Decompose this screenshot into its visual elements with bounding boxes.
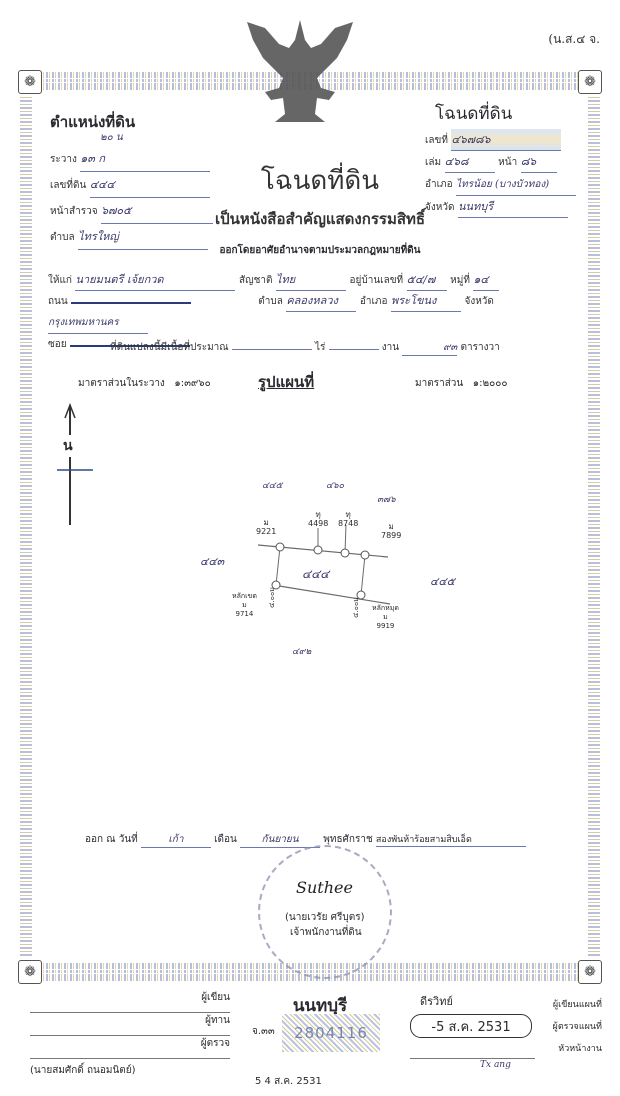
footer-left: ผู้เขียน ผู้ทาน ผู้ตรวจ (นายสมศักดิ์ ถนอ… xyxy=(30,990,230,1078)
amphoe-value: ไทรน้อย (บางบัวทอง) xyxy=(456,174,576,196)
length-label: ๔.๐๐ม xyxy=(267,587,278,608)
role-label: ผู้ตรวจ xyxy=(201,1038,230,1049)
issued-year: สองพันห้าร้อยสามสิบเอ็ด xyxy=(376,832,526,847)
marker-label: หลักเขตม9714 xyxy=(232,592,257,619)
serial-label: จ.๓๓ xyxy=(252,1024,275,1039)
issued-day: เก้า xyxy=(141,832,211,848)
parcel-label: ๓๗๖ xyxy=(377,492,396,506)
marker-number: 8748 xyxy=(338,519,358,528)
volume-value: ๔๖๘ xyxy=(445,151,495,173)
marker-number: 9919 xyxy=(372,622,399,631)
checker-line: ผู้ตรวจ xyxy=(30,1036,230,1059)
parcel-label: ๔๔๕ xyxy=(430,572,455,590)
role-label: ผู้ทาน xyxy=(205,1015,230,1026)
official-title: เจ้าพนักงานที่ดิน xyxy=(290,925,362,940)
marker-number: 7899 xyxy=(381,531,401,540)
role-label: ผู้ตรวจแผนที่ xyxy=(540,1016,602,1038)
date-stamp: -5 ส.ค. 2531 xyxy=(410,1014,532,1038)
page-value: ๘๖ xyxy=(521,151,557,173)
writer-line: ผู้เขียน xyxy=(30,990,230,1013)
field-label: พุทธศักราช xyxy=(323,834,372,845)
north-arrow-icon xyxy=(55,400,95,530)
corner-ornament-icon: ❁ xyxy=(578,960,602,984)
area-label: ที่ดินแปลงนี้มีเนื้อที่ประมาณ xyxy=(110,342,229,353)
role-label: หัวหน้างาน xyxy=(540,1038,602,1060)
role-label: ผู้เขียนแผนที่ xyxy=(540,994,602,1016)
right-signature-note: Tx ang xyxy=(480,1060,511,1070)
field-label: ตำบล xyxy=(258,296,283,307)
field-label: ซอย xyxy=(48,339,67,350)
field-label: ถนน xyxy=(48,296,68,307)
field-label: หน้า xyxy=(498,157,517,168)
field-label: สัญชาติ xyxy=(239,275,273,286)
deed-info-block: โฉนดที่ดิน เลขที่ ๔๖๗๘๖ เล่ม ๔๖๘ หน้า ๘๖… xyxy=(425,100,595,218)
garuda-emblem-icon xyxy=(225,18,375,128)
footer-date: 5 4 ส.ค. 2531 xyxy=(255,1074,322,1089)
parcel-label-main: ๔๔๔ xyxy=(302,565,329,584)
parcel-label: ๔๔๓ xyxy=(200,552,224,570)
scale-value: ๑:๓๙๖๐ xyxy=(174,378,210,389)
footer-right-name: ดีรวิทย์ xyxy=(420,992,453,1010)
scale-value: ๑:๒๐๐๐ xyxy=(473,378,508,389)
map-scale-left: มาตราส่วนในระวาง ๑:๓๙๖๐ xyxy=(78,376,211,391)
ngan-value xyxy=(329,349,379,350)
marker-code: ทุ xyxy=(308,510,328,519)
marker-label: ม9221 xyxy=(256,518,276,536)
form-code: (น.ส.๔ จ. xyxy=(548,30,600,49)
road-value xyxy=(71,302,191,304)
owner-tambon-value: คลองหลวง xyxy=(286,291,356,312)
left-border xyxy=(20,96,32,956)
scale-label: มาตราส่วน xyxy=(415,378,463,389)
parcel-no-value: ๔๔๔ xyxy=(90,172,210,198)
land-location-title: ตำแหน่งที่ดิน xyxy=(50,110,240,134)
field-label: หมู่ที่ xyxy=(450,275,470,286)
field-label: เลขที่ xyxy=(425,135,448,146)
field-label: อำเภอ xyxy=(360,296,388,307)
nationality-value: ไทย xyxy=(276,270,346,291)
marker-label: ทุ4498 xyxy=(308,510,328,528)
role-label: ผู้เขียน xyxy=(201,992,230,1003)
document-title: โฉนดที่ดิน xyxy=(200,160,440,201)
reviewer-line: ผู้ทาน xyxy=(30,1013,230,1036)
owner-province-value: กรุงเทพมหานคร xyxy=(48,313,148,334)
marker-code: ม xyxy=(372,613,399,622)
north-label: น xyxy=(63,435,73,457)
issued-month: กันยายน xyxy=(240,832,320,848)
marker-label: ทุ8748 xyxy=(338,510,358,528)
document-subtitle: เป็นหนังสือสำคัญแสดงกรรมสิทธิ์ xyxy=(200,207,440,231)
document-title-block: โฉนดที่ดิน เป็นหนังสือสำคัญแสดงกรรมสิทธิ… xyxy=(200,160,440,258)
marker-label: หลักหมุดม9919 xyxy=(372,604,399,631)
marker-label: ม7899 xyxy=(381,522,401,540)
tambon-value: ไทรใหญ่ xyxy=(78,224,208,250)
field-label: ไร่ xyxy=(315,342,325,353)
parcel-label: ๔๔๕ xyxy=(262,478,282,492)
corner-ornament-icon: ❁ xyxy=(578,70,602,94)
area-line: ที่ดินแปลงนี้มีเนื้อที่ประมาณ ไร่ งาน ๙๓… xyxy=(110,340,500,356)
field-label: ออก ณ วันที่ xyxy=(85,834,138,845)
footer-right-roles: ผู้เขียนแผนที่ ผู้ตรวจแผนที่ หัวหน้างาน xyxy=(540,994,602,1060)
official-signature: Suthee xyxy=(296,878,353,897)
field-label: ให้แก่ xyxy=(48,275,72,286)
serial-number: 2804116 xyxy=(282,1014,380,1052)
house-no-value: ๕๔/๗ xyxy=(407,270,447,291)
marker-number: 9221 xyxy=(256,527,276,536)
field-label: เดือน xyxy=(214,834,237,845)
sheet-note: ๒๐ น xyxy=(100,130,123,145)
length-label: ๔.๐๐ม xyxy=(351,597,362,618)
marker-side: หลักเขต xyxy=(232,592,257,601)
rai-value xyxy=(232,349,312,350)
corner-ornament-icon: ❁ xyxy=(18,960,42,984)
wa-value: ๙๓ xyxy=(402,340,457,356)
owner-amphoe-value: พระโขนง xyxy=(391,291,461,312)
field-label: ระวาง xyxy=(50,154,77,165)
field-label: หน้าสำรวจ xyxy=(50,206,98,217)
corner-ornament-icon: ❁ xyxy=(18,70,42,94)
scale-label: มาตราส่วนในระวาง xyxy=(78,378,165,389)
province-value: นนทบุรี xyxy=(458,196,568,218)
parcel-label: ๔๖๐ xyxy=(326,478,344,492)
right-border xyxy=(588,96,600,956)
head-signature-line xyxy=(410,1058,535,1059)
marker-code: ทุ xyxy=(338,510,358,519)
parcel-label: ๔๙๒ xyxy=(292,644,311,658)
marker-code: ม xyxy=(232,601,257,610)
field-label: งาน xyxy=(382,342,399,353)
footer-left-name: (นายสมศักดิ์ ถนอมนิตย์) xyxy=(30,1063,230,1078)
field-label: เลขที่ดิน xyxy=(50,180,86,191)
field-label: จังหวัด xyxy=(464,296,493,307)
deed-title: โฉนดที่ดิน xyxy=(435,100,595,127)
issued-by-text: ออกโดยอาศัยอำนาจตามประมวลกฎหมายที่ดิน xyxy=(200,243,440,258)
map-scale-right: มาตราส่วน ๑:๒๐๐๐ xyxy=(415,376,507,391)
marker-code: ม xyxy=(256,518,276,527)
marker-number: 9714 xyxy=(232,610,257,619)
issued-line: ออก ณ วันที่ เก้า เดือน กันยายน พุทธศักร… xyxy=(85,832,526,848)
field-label: ตำบล xyxy=(50,232,75,243)
field-label: ตารางวา xyxy=(460,342,499,353)
owner-name: นายมนตรี เจ้ยกวด xyxy=(75,270,235,291)
official-name: (นายเวรัย ศรีบุตร) xyxy=(285,910,365,925)
marker-code: ม xyxy=(381,522,401,531)
sheet-value: ๑๓ ก xyxy=(80,146,210,172)
survey-page-value: ๖๗๐๕ xyxy=(101,198,213,224)
map-title: รูปแผนที่ xyxy=(258,370,314,394)
marker-number: 4498 xyxy=(308,519,328,528)
field-label: อยู่บ้านเลขที่ xyxy=(350,275,404,286)
marker-side: หลักหมุด xyxy=(372,604,399,613)
moo-value: ๑๔ xyxy=(473,270,499,291)
deed-no-value: ๔๖๗๘๖ xyxy=(451,129,561,151)
